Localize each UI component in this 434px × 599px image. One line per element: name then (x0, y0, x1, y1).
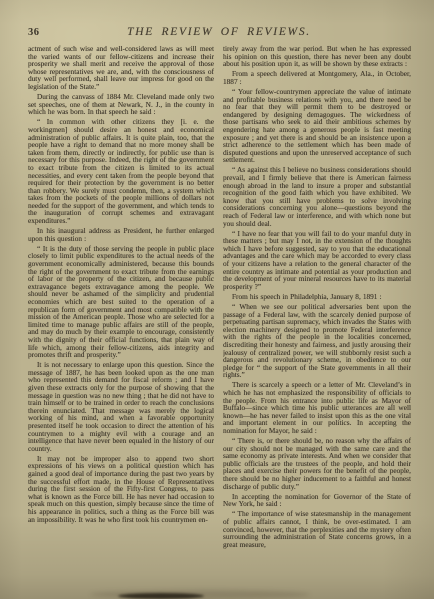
paragraph: “ I have no fear that you will fail to d… (223, 230, 411, 291)
paragraph: “ As against this I believe no business … (223, 166, 411, 227)
paragraph: There is scarcely a speech or a letter o… (223, 381, 411, 434)
paragraph: From his speech in Philadelphia, January… (223, 293, 411, 301)
left-column: actment of such wise and well-considered… (28, 45, 214, 579)
paragraph: actment of such wise and well-considered… (28, 45, 214, 91)
paragraph: In his inaugural address as President, h… (28, 227, 214, 242)
paragraph: “ Your fellow-countrymen appreciate the … (223, 88, 411, 164)
page-header: 36 THE REVIEW OF REVIEWS. (28, 26, 410, 42)
text-columns: actment of such wise and well-considered… (28, 45, 411, 579)
paragraph: During the canvass of 1884 Mr. Cleveland… (28, 93, 214, 116)
scan-smudge (118, 593, 204, 599)
running-title: THE REVIEW OF REVIEWS. (28, 26, 410, 38)
paragraph: It may not be improper also to append tw… (28, 455, 214, 523)
paragraph: “ There is, or there should be, no reaso… (223, 437, 411, 490)
paragraph: It is not necessary to enlarge upon this… (28, 361, 214, 452)
paragraph: “ When we see our political adversaries … (223, 303, 411, 379)
paragraph: tirely away from the war period. But whe… (223, 45, 411, 68)
magazine-page: 36 THE REVIEW OF REVIEWS. actment of suc… (0, 0, 434, 599)
right-column: tirely away from the war period. But whe… (223, 45, 411, 579)
paragraph: In accepting the nomination for Governor… (223, 493, 411, 508)
paragraph: “ It is the duty of those serving the pe… (28, 245, 214, 359)
paragraph: “ The importance of wise statesmanship i… (223, 510, 411, 548)
paragraph: “ In common with other citizens they [i.… (28, 118, 214, 224)
paragraph: From a speech delivered at Montgomery, A… (223, 70, 411, 85)
page-number: 36 (28, 27, 40, 38)
